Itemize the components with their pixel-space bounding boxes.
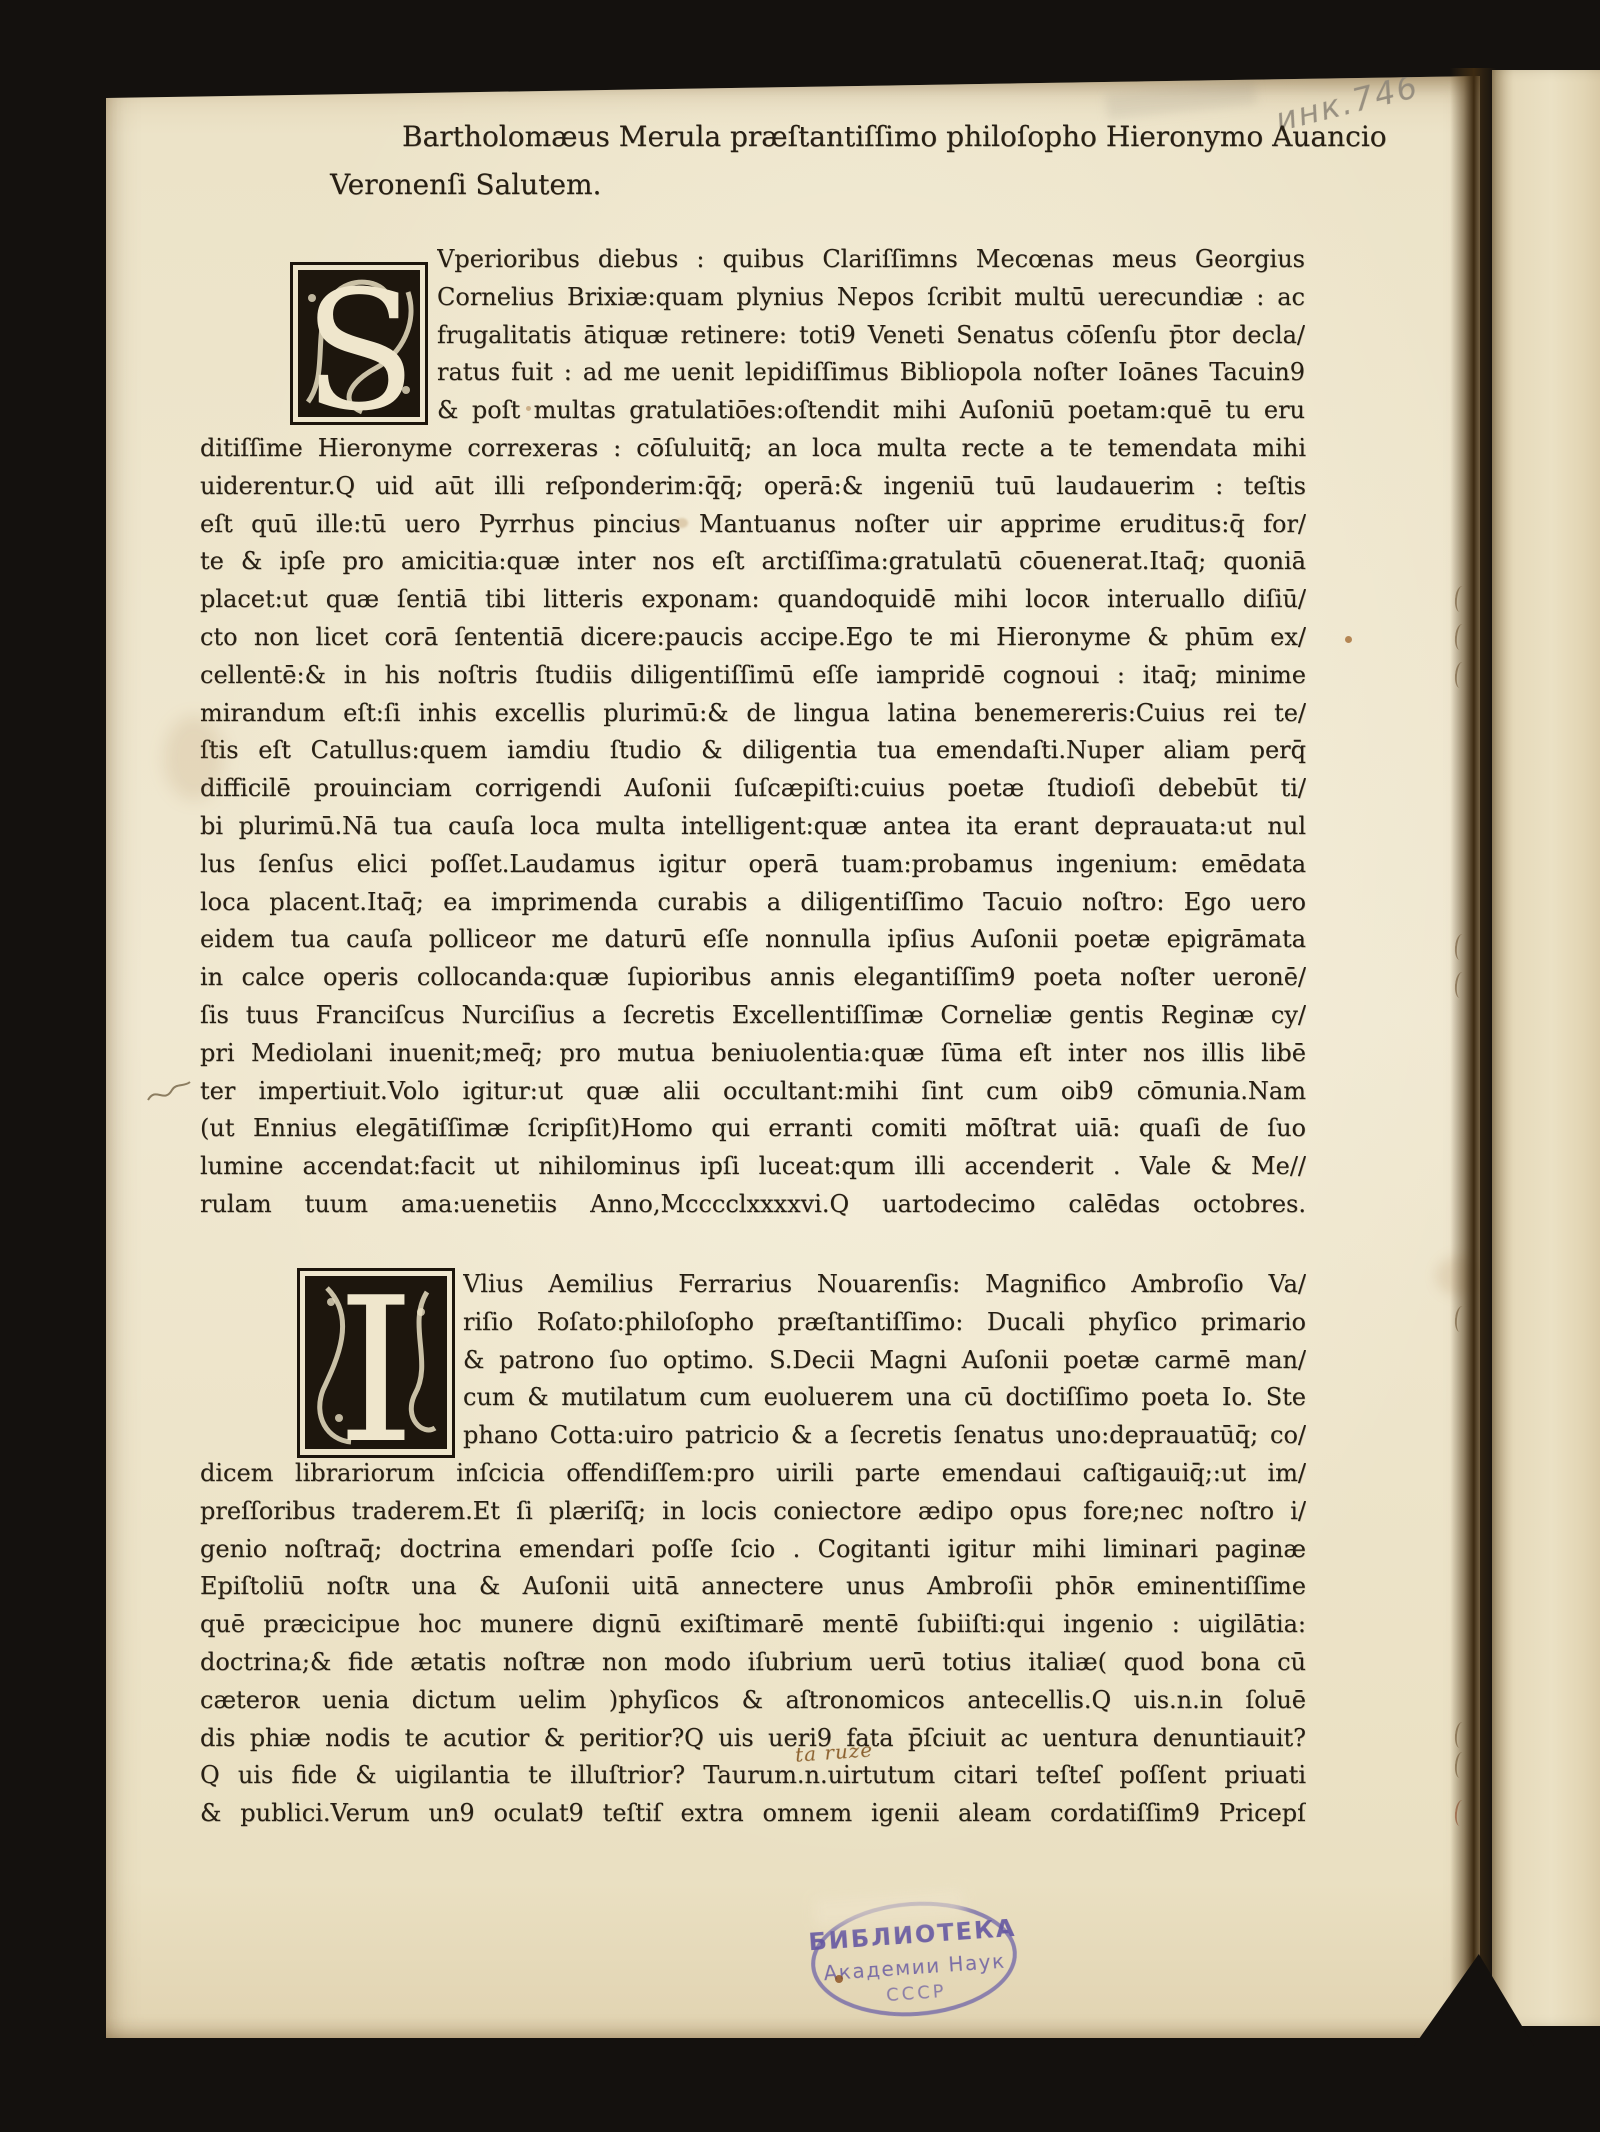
text-line: mirandum eſt:ſi inhis excellis plurimū:&… <box>200 695 1306 733</box>
book-page: инк.746 Bartholomæus Merula præſtantiſſi… <box>106 76 1480 2038</box>
text-line: ratus fuit : ad me uenit lepidiſſimus Bi… <box>437 354 1305 392</box>
letter-heading-line1: Bartholomæus Merula præſtantiſſimo philo… <box>402 120 1387 153</box>
text-line: (ut Ennius elegātiſſimæ ſcripſit)Homo qu… <box>200 1110 1306 1148</box>
text-line: dis phiæ nodis te acutior & peritior?Q u… <box>200 1720 1306 1758</box>
text-line: difficilē prouinciam corrigendi Auſonii … <box>200 770 1306 808</box>
letter-heading-line2: Veronenſi Salutem. <box>330 168 601 201</box>
text-line: ſis tuus Franciſcus Nurciſius a ſecretis… <box>200 997 1306 1035</box>
text-line: ſtis eſt Catullus:quem iamdiu ſtudio & d… <box>200 732 1306 770</box>
paragraph2-indented-lines: Vlius Aemilius Ferrarius Nouarenſis: Mag… <box>463 1266 1306 1455</box>
text-line: cellentē:& in his noſtris ſtudiis dilige… <box>200 657 1306 695</box>
text-line: in calce operis collocanda:quæ ſupioribu… <box>200 959 1306 997</box>
paper-stain <box>835 1975 843 1983</box>
text-line: riſio Roſato:philoſopho præſtantiſſimo: … <box>463 1304 1306 1342</box>
next-page-edge <box>1492 70 1600 2026</box>
text-line: Vlius Aemilius Ferrarius Nouarenſis: Mag… <box>463 1266 1306 1304</box>
text-line: eidem tua cauſa polliceor me daturū eſſe… <box>200 921 1306 959</box>
library-stamp: БИБЛИОТЕКА Академии Наук СССР <box>802 1891 1026 2028</box>
text-line: uiderentur.Q uid aūt illi reſponderim:q̄… <box>200 468 1306 506</box>
gutter-crease <box>1450 68 1496 2034</box>
paragraph2-full-lines: dicem librariorum inſcicia offendiſſem:p… <box>200 1455 1306 1833</box>
text-line: lumine accendat:facit ut nihilominus ipſ… <box>200 1148 1306 1186</box>
text-line: doctrina;& fide ætatis noſtræ non modo i… <box>200 1644 1306 1682</box>
text-line: ter impertiuit.Volo igitur:ut quæ alii o… <box>200 1073 1306 1111</box>
paper-stain <box>526 406 531 411</box>
paper-stain <box>164 716 224 800</box>
paper-stain <box>676 518 688 528</box>
text-line: & publici.Verum un9 oculat9 teſtiſ extra… <box>200 1795 1306 1833</box>
text-line: frugalitatis ātiquæ retinere: toti9 Vene… <box>437 317 1305 355</box>
text-line: Epiſtoliū noſtʀ una & Auſonii uitā annec… <box>200 1568 1306 1606</box>
text-line: phano Cotta:uiro patricio & a ſecretis ſ… <box>463 1417 1306 1455</box>
text-line: eſt quū ille:tū uero Pyrrhus pincius Man… <box>200 506 1306 544</box>
paper-stain <box>1345 636 1352 643</box>
text-line: quē præcicipue hoc munere dignū exiſtima… <box>200 1606 1306 1644</box>
text-line: cum & mutilatum cum euoluerem una cū doc… <box>463 1379 1306 1417</box>
text-line: ditiſſime Hieronyme correxeras : cōſului… <box>200 430 1306 468</box>
text-line: cto non licet corā ſententiā dicere:pauc… <box>200 619 1306 657</box>
text-line: bi plurimū.Nā tua cauſa loca multa intel… <box>200 808 1306 846</box>
text-line: Vperioribus diebus : quibus Clariſſimns … <box>437 241 1305 279</box>
text-line: & patrono ſuo optimo. S.Decii Magni Auſo… <box>463 1342 1306 1380</box>
paragraph1-full-lines: ditiſſime Hieronyme correxeras : cōſului… <box>200 430 1306 1224</box>
text-line: loca placent.Itaq̄; ea imprimenda curabi… <box>200 884 1306 922</box>
initial-letter-i: I <box>336 1268 415 1458</box>
woodcut-initial-i: I <box>297 1268 455 1462</box>
woodcut-initial-s: S <box>290 262 428 429</box>
text-line: pri Mediolani inuenit;meq̄; pro mutua be… <box>200 1035 1306 1073</box>
stamp-line3: СССР <box>885 1981 947 2006</box>
text-line: & poſt multas gratulatiōes:oſtendit mihi… <box>437 392 1305 430</box>
pencil-smudge <box>1105 78 1257 120</box>
text-line: preſſoribus traderem.Et ſi plæriſq̄; in … <box>200 1493 1306 1531</box>
photographed-book-spread: инк.746 Bartholomæus Merula præſtantiſſi… <box>0 0 1600 2132</box>
text-line: Cornelius Brixiæ:quam plynius Nepos ſcri… <box>437 279 1305 317</box>
pen-flourish <box>146 1078 192 1112</box>
text-line: rulam tuum ama:uenetiis Anno,Mcccclxxxxv… <box>200 1186 1306 1224</box>
paragraph1-indented-lines: Vperioribus diebus : quibus Clariſſimns … <box>437 241 1305 430</box>
text-line: te & ipſe pro amicitia:quæ inter nos eſt… <box>200 543 1306 581</box>
text-line: genio noſtraq̄; doctrina emendari poſſe … <box>200 1531 1306 1569</box>
text-line: Q uis fide & uigilantia te illuſtrior? T… <box>200 1757 1306 1795</box>
text-line: cæteroʀ uenia dictum uelim )phyſicos & a… <box>200 1682 1306 1720</box>
initial-letter-s: S <box>303 262 416 425</box>
text-line: lus ſenſus elici poſſet.Laudamus igitur … <box>200 846 1306 884</box>
text-line: dicem librariorum inſcicia offendiſſem:p… <box>200 1455 1306 1493</box>
stamp-line2: Академии Наук <box>823 1949 1007 1986</box>
text-line: placet:ut quæ ſentiā tibi litteris expon… <box>200 581 1306 619</box>
